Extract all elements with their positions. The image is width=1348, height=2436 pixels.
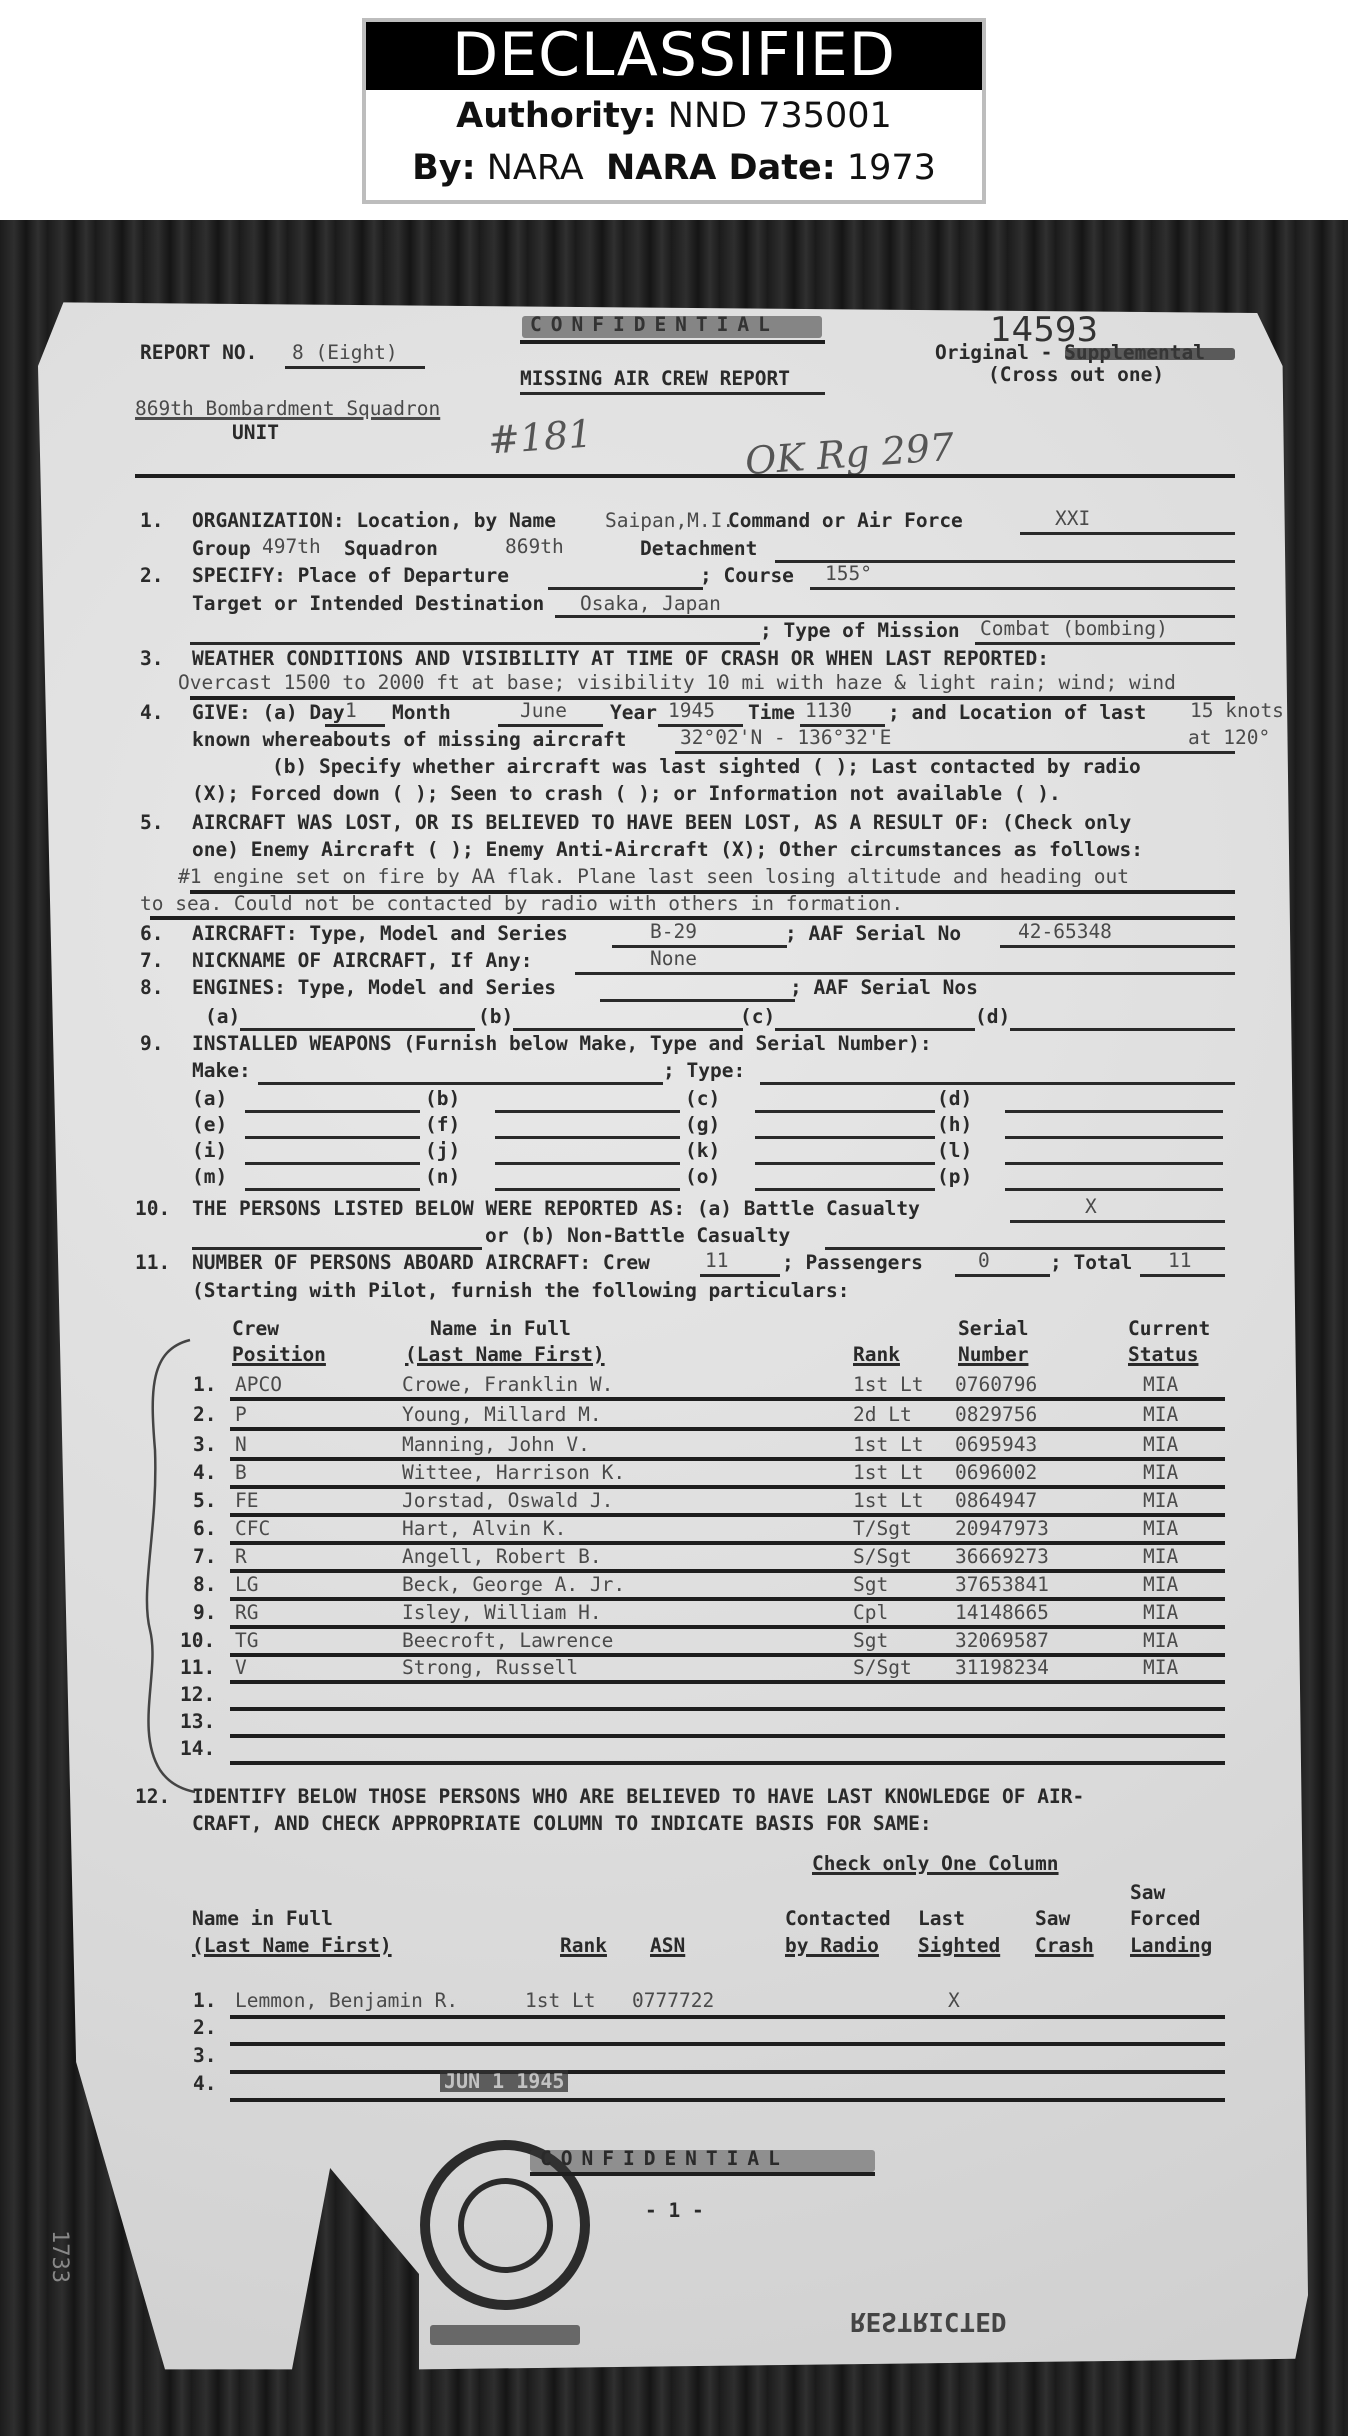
crew-serial: 0829756 (955, 1404, 1037, 1426)
squadron-value: 869th (505, 536, 564, 558)
mission-value: Combat (bombing) (980, 618, 1168, 640)
witness-row: 2. (0, 2017, 1348, 2047)
weapon-slot-k: (k) (685, 1140, 720, 1162)
crew-position: LG (235, 1574, 258, 1596)
section-1-number: 1. (140, 510, 163, 532)
crew-serial: 0760796 (955, 1374, 1037, 1396)
departure-label: SPECIFY: Place of Departure (192, 565, 509, 587)
weapon-slot-i: (i) (192, 1140, 227, 1162)
page-number: - 1 - (645, 2200, 704, 2222)
weapon-rule-d (1005, 1110, 1223, 1113)
row-rule (230, 1513, 1225, 1517)
weapon-slot-g: (g) (685, 1114, 720, 1136)
crew-rank: 2d Lt (853, 1404, 912, 1426)
witness-row: 3. (0, 2045, 1348, 2075)
section-6-number: 6. (140, 923, 163, 945)
crew-name: Beck, George A. Jr. (402, 1574, 625, 1596)
weapon-slot-l: (l) (937, 1140, 972, 1162)
section-2-number: 2. (140, 565, 163, 587)
command-rule (1020, 532, 1235, 535)
witness-asn: 0777722 (632, 1990, 714, 2012)
month-label: Month (392, 702, 451, 724)
weapon-rule-e (245, 1136, 420, 1139)
aircraft-type-rule (612, 945, 787, 948)
course-label: ; Course (700, 565, 794, 587)
crew-serial: 20947973 (955, 1518, 1049, 1540)
crew-rank: Sgt (853, 1630, 888, 1652)
col-name-l1: Name in Full (430, 1318, 571, 1340)
last-location-label: ; and Location of last (888, 702, 1146, 724)
col-crash-l2: Crash (1035, 1935, 1094, 1957)
weapon-rule-h (1005, 1136, 1223, 1139)
supplemental-strikeout (1065, 348, 1235, 360)
crew-name: Crowe, Franklin W. (402, 1374, 613, 1396)
organization-label: ORGANIZATION: Location, by Name (192, 510, 556, 532)
weapon-rule-i (245, 1162, 420, 1165)
last-knowledge-line2: CRAFT, AND CHECK APPROPRIATE COLUMN TO I… (192, 1813, 932, 1835)
whereabouts-label: known whereabouts of missing aircraft (192, 729, 626, 751)
form-title: MISSING AIR CREW REPORT (520, 368, 790, 390)
engine-rule-c (775, 1028, 975, 1031)
row-rule (230, 2098, 1225, 2102)
weapon-rule-n (495, 1188, 680, 1191)
crew-serial: 37653841 (955, 1574, 1049, 1596)
seal-inner-ring-icon (458, 2178, 553, 2273)
crew-serial: 32069587 (955, 1630, 1049, 1652)
course-rule (810, 587, 1235, 590)
aircraft-serial-value: 42-65348 (1018, 921, 1112, 943)
unit-value: 869th Bombardment Squadron (135, 398, 440, 420)
footer-classification: CONFIDENTIAL (540, 2148, 789, 2170)
col-serial-l1: Serial (958, 1318, 1028, 1340)
time-label: Time (748, 702, 795, 724)
last-status-line1: (b) Specify whether aircraft was last si… (272, 756, 1141, 778)
weapon-rule-f (495, 1136, 680, 1139)
target-value: Osaka, Japan (580, 593, 721, 615)
weapon-slot-h: (h) (937, 1114, 972, 1136)
col-radio-l2: by Radio (785, 1935, 879, 1957)
total-rule (1140, 1274, 1225, 1277)
weapon-rule-j (495, 1162, 680, 1165)
missing-air-crew-report: CONFIDENTIAL REPORT NO. 8 (Eight) MISSIN… (0, 0, 1348, 2436)
nickname-value: None (650, 948, 697, 970)
col-crew-position-l1: Crew (232, 1318, 279, 1340)
crew-name: Wittee, Harrison K. (402, 1462, 625, 1484)
crew-serial: 31198234 (955, 1657, 1049, 1679)
weapon-rule-b (495, 1110, 680, 1113)
day-value: 1 (345, 700, 357, 722)
crew-name: Isley, William H. (402, 1602, 602, 1624)
weapon-rule-o (755, 1188, 935, 1191)
engines-type-rule (600, 999, 795, 1002)
classification-rule (520, 340, 825, 344)
witness-row: 4. (0, 2073, 1348, 2103)
crew-rank: 1st Lt (853, 1374, 923, 1396)
cross-out-note: (Cross out one) (988, 364, 1164, 386)
nickname-label: NICKNAME OF AIRCRAFT, If Any: (192, 950, 532, 972)
engine-rule-a (240, 1028, 475, 1031)
witness-sighted: X (948, 1990, 960, 2012)
engines-label: ENGINES: Type, Model and Series (192, 977, 556, 999)
command-label: Command or Air Force (728, 510, 963, 532)
col-forced-l2: Landing (1130, 1935, 1212, 1957)
location-value: Saipan,M.I. (605, 510, 734, 532)
coordinates-value: 32°02'N - 136°32'E (680, 727, 891, 749)
footer-stamp-bar (430, 2325, 580, 2345)
casualty-label: THE PERSONS LISTED BELOW WERE REPORTED A… (192, 1198, 920, 1220)
col-status-l2: Status (1128, 1344, 1198, 1366)
crew-serial: 36669273 (955, 1546, 1049, 1568)
weapons-label: INSTALLED WEAPONS (Furnish below Make, T… (192, 1033, 932, 1055)
col-sighted-l2: Sighted (918, 1935, 1000, 1957)
weapon-slot-e: (e) (192, 1114, 227, 1136)
crew-status: MIA (1143, 1518, 1178, 1540)
month-rule (498, 724, 603, 727)
section-12-number: 12. (135, 1786, 170, 1808)
col-status-l1: Current (1128, 1318, 1210, 1340)
wind-speed-value: 15 knots (1190, 700, 1284, 722)
group-value: 497th (262, 536, 321, 558)
aircraft-type-label: AIRCRAFT: Type, Model and Series (192, 923, 568, 945)
command-value: XXI (1055, 508, 1090, 530)
crew-name: Angell, Robert B. (402, 1546, 602, 1568)
engine-rule-b (513, 1028, 743, 1031)
crew-serial: 14148665 (955, 1602, 1049, 1624)
classification-header: CONFIDENTIAL (530, 314, 779, 336)
crew-name: Manning, John V. (402, 1434, 590, 1456)
margin-number: 1733 (48, 2230, 70, 2283)
weapon-slot-o: (o) (685, 1166, 720, 1188)
crew-rank: T/Sgt (853, 1518, 912, 1540)
col-witness-asn: ASN (650, 1935, 685, 1957)
crew-status: MIA (1143, 1490, 1178, 1512)
crew-name: Beecroft, Lawrence (402, 1630, 613, 1652)
section-9-number: 9. (140, 1033, 163, 1055)
section-5-number: 5. (140, 812, 163, 834)
engines-serial-label: ; AAF Serial Nos (790, 977, 978, 999)
section-8-number: 8. (140, 977, 163, 999)
day-label: GIVE: (a) Day (192, 702, 345, 724)
col-forced-l0: Saw (1130, 1882, 1165, 1904)
weapon-slot-f: (f) (425, 1114, 460, 1136)
total-label: ; Total (1050, 1252, 1132, 1274)
weapons-type-label: ; Type: (663, 1060, 745, 1082)
engine-slot-d: (d) (975, 1006, 1010, 1028)
reclassification-stamp: RESTRICTED (850, 2310, 1007, 2332)
engine-slot-c: (c) (740, 1006, 775, 1028)
crew-status: MIA (1143, 1374, 1178, 1396)
crew-status: MIA (1143, 1434, 1178, 1456)
weapon-slot-n: (n) (425, 1166, 460, 1188)
section-3-number: 3. (140, 648, 163, 670)
time-value: 1130 (805, 700, 852, 722)
crew-rank: S/Sgt (853, 1546, 912, 1568)
aircraft-serial-label: ; AAF Serial No (785, 923, 961, 945)
check-one-column-note: Check only One Column (812, 1853, 1059, 1875)
col-name-l2: (Last Name First) (405, 1344, 605, 1366)
col-radio-l1: Contacted (785, 1908, 891, 1930)
crew-position: P (235, 1404, 247, 1426)
section-11-number: 11. (135, 1252, 170, 1274)
crew-status: MIA (1143, 1602, 1178, 1624)
battle-casualty-value: X (1085, 1196, 1097, 1218)
weapon-slot-a: (a) (192, 1088, 227, 1110)
course-value: 155° (825, 563, 872, 585)
passengers-rule (955, 1274, 1050, 1277)
crew-count-rule (700, 1274, 780, 1277)
weapons-make-rule (258, 1082, 663, 1085)
crew-position: TG (235, 1630, 258, 1652)
crew-status: MIA (1143, 1462, 1178, 1484)
weapons-make-label: Make: (192, 1060, 251, 1082)
received-date-stamp: JUN 1 1945 (440, 2070, 568, 2092)
weapon-slot-c: (c) (685, 1088, 720, 1110)
col-witness-rank: Rank (560, 1935, 607, 1957)
last-status-line2: (X); Forced down ( ); Seen to crash ( );… (192, 783, 1061, 805)
row-rule (230, 1541, 1225, 1545)
target-label: Target or Intended Destination (192, 593, 544, 615)
engine-slot-a: (a) (205, 1006, 240, 1028)
col-crew-position-l2: Position (232, 1344, 326, 1366)
crew-position: V (235, 1657, 247, 1679)
crew-rank: 1st Lt (853, 1490, 923, 1512)
crew-position: CFC (235, 1518, 270, 1540)
col-witness-name-l2: (Last Name First) (192, 1935, 392, 1957)
crew-rank: Cpl (853, 1602, 888, 1624)
weapon-rule-m (245, 1188, 420, 1191)
report-no-label: REPORT NO. (140, 342, 257, 364)
mission-label: ; Type of Mission (760, 620, 960, 642)
passengers-label: ; Passengers (782, 1252, 923, 1274)
passengers-value: 0 (978, 1250, 990, 1272)
crew-position: RG (235, 1602, 258, 1624)
squadron-label: Squadron (344, 538, 438, 560)
crew-name: Jorstad, Oswald J. (402, 1490, 613, 1512)
section-10-number: 10. (135, 1198, 170, 1220)
weapon-rule-k (755, 1162, 935, 1165)
form-title-rule (520, 392, 825, 395)
row-rule (230, 1485, 1225, 1489)
circumstances-line2: to sea. Could not be contacted by radio … (140, 893, 903, 915)
witness-rank: 1st Lt (525, 1990, 595, 2012)
crew-count-value: 11 (705, 1250, 728, 1272)
crew-status: MIA (1143, 1630, 1178, 1652)
row-rule (230, 1597, 1225, 1601)
row-rule (230, 1761, 1225, 1765)
crew-position: R (235, 1546, 247, 1568)
weapon-slot-b: (b) (425, 1088, 460, 1110)
particulars-instruction: (Starting with Pilot, furnish the follow… (192, 1280, 849, 1302)
weapon-rule-l (1005, 1162, 1223, 1165)
month-value: June (520, 700, 567, 722)
crew-rank: Sgt (853, 1574, 888, 1596)
battle-casualty-rule (1010, 1220, 1225, 1223)
footer-classification-rule (530, 2172, 875, 2176)
weather-value: Overcast 1500 to 2000 ft at base; visibi… (178, 672, 1176, 694)
crew-position: APCO (235, 1374, 282, 1396)
mission-rule-right (975, 642, 1235, 645)
handwritten-bracket-icon (130, 1330, 210, 1800)
row-number: 3. (193, 2045, 216, 2067)
row-number: 4. (193, 2073, 216, 2095)
col-sighted-l1: Last (918, 1908, 965, 1930)
day-rule (325, 724, 385, 727)
weapon-slot-j: (j) (425, 1140, 460, 1162)
section-7-number: 7. (140, 950, 163, 972)
non-battle-rule-left (192, 1247, 482, 1250)
weather-label: WEATHER CONDITIONS AND VISIBILITY AT TIM… (192, 648, 1049, 670)
coordinates-rule (675, 751, 1235, 754)
crew-status: MIA (1143, 1404, 1178, 1426)
unit-label: UNIT (232, 422, 279, 444)
circumstances-line1: #1 engine set on fire by AA flak. Plane … (178, 866, 1129, 888)
row-rule (230, 1397, 1225, 1401)
crew-status: MIA (1143, 1574, 1178, 1596)
persons-aboard-label: NUMBER OF PERSONS ABOARD AIRCRAFT: Crew (192, 1252, 650, 1274)
header-divider (135, 474, 1235, 478)
row-rule (230, 1569, 1225, 1573)
crew-position: B (235, 1462, 247, 1484)
crew-serial: 0864947 (955, 1490, 1037, 1512)
col-forced-l1: Forced (1130, 1908, 1200, 1930)
aircraft-serial-rule (1000, 945, 1235, 948)
weapon-slot-m: (m) (192, 1166, 227, 1188)
non-battle-rule-right (825, 1247, 1225, 1250)
last-knowledge-line1: IDENTIFY BELOW THOSE PERSONS WHO ARE BEL… (192, 1786, 1084, 1808)
non-battle-label: or (b) Non-Battle Casualty (485, 1225, 790, 1247)
crew-position: FE (235, 1490, 258, 1512)
crew-serial: 0695943 (955, 1434, 1037, 1456)
year-value: 1945 (668, 700, 715, 722)
section-4-number: 4. (140, 702, 163, 724)
crew-status: MIA (1143, 1657, 1178, 1679)
departure-rule (548, 587, 703, 590)
detachment-label: Detachment (640, 538, 757, 560)
year-label: Year (610, 702, 657, 724)
col-serial-l2: Number (958, 1344, 1028, 1366)
crew-serial: 0696002 (955, 1462, 1037, 1484)
crew-name: Hart, Alvin K. (402, 1518, 566, 1540)
wind-direction-value: at 120° (1188, 727, 1270, 749)
mission-rule-left (190, 642, 760, 645)
group-label: Group (192, 538, 251, 560)
report-no-rule (285, 366, 425, 369)
col-crash-l1: Saw (1035, 1908, 1070, 1930)
weapon-slot-d: (d) (937, 1088, 972, 1110)
crew-rank: 1st Lt (853, 1434, 923, 1456)
row-rule (230, 1457, 1225, 1461)
weapon-slot-p: (p) (937, 1166, 972, 1188)
weapon-rule-g (755, 1136, 935, 1139)
total-value: 11 (1168, 1250, 1191, 1272)
crew-position: N (235, 1434, 247, 1456)
report-no-value: 8 (Eight) (292, 342, 398, 364)
row-rule (230, 1427, 1225, 1431)
col-witness-name-l1: Name in Full (192, 1908, 333, 1930)
weapon-rule-a (245, 1110, 420, 1113)
row-rule (230, 1625, 1225, 1629)
loss-cause-line1: AIRCRAFT WAS LOST, OR IS BELIEVED TO HAV… (192, 812, 1131, 834)
crew-rank: S/Sgt (853, 1657, 912, 1679)
col-rank: Rank (853, 1344, 900, 1366)
engine-rule-d (1010, 1028, 1235, 1031)
witness-name: Lemmon, Benjamin R. (235, 1990, 458, 2012)
row-number: 1. (193, 1990, 216, 2012)
engine-slot-b: (b) (478, 1006, 513, 1028)
weapons-type-rule (760, 1082, 1235, 1085)
handwritten-number: #181 (487, 411, 594, 462)
crew-rank: 1st Lt (853, 1462, 923, 1484)
aircraft-type-value: B-29 (650, 921, 697, 943)
weapon-rule-c (755, 1110, 935, 1113)
row-number: 2. (193, 2017, 216, 2039)
loss-cause-line2: one) Enemy Aircraft ( ); Enemy Anti-Airc… (192, 839, 1143, 861)
weapon-rule-p (1005, 1188, 1223, 1191)
nickname-rule (575, 972, 1235, 975)
crew-status: MIA (1143, 1546, 1178, 1568)
crew-name: Strong, Russell (402, 1657, 578, 1679)
crew-name: Young, Millard M. (402, 1404, 602, 1426)
